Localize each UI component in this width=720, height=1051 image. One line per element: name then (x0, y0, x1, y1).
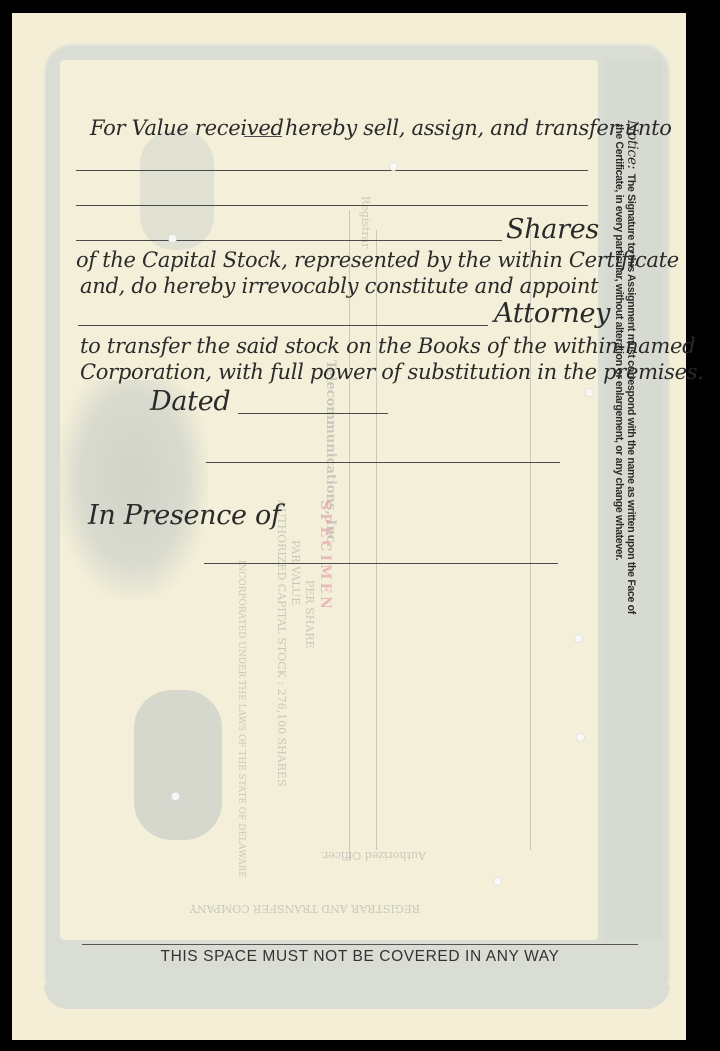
in-presence-of-label: In Presence of (88, 500, 281, 531)
shares-count-line[interactable] (76, 240, 502, 241)
vignette-frame-bottom (134, 690, 222, 840)
attorney-label: Attorney (494, 298, 610, 329)
dated-label: Dated (150, 386, 230, 417)
date-line[interactable] (238, 413, 388, 414)
shares-label: Shares (506, 214, 599, 245)
notice-line-2: the Certificate, in every particular, wi… (613, 120, 625, 640)
ghost-divider (349, 210, 350, 860)
punch-hole (171, 792, 180, 801)
witness-line[interactable] (204, 563, 558, 564)
signature-line[interactable] (206, 462, 560, 463)
punch-hole (168, 234, 177, 243)
punch-hole (585, 388, 594, 397)
punch-hole (493, 877, 502, 886)
notice-text-1: The Signature to this Assignment must co… (625, 174, 637, 614)
notice-label: Notice: (624, 120, 640, 169)
ghost-authorized-officer: Authorized Officer. (321, 849, 426, 862)
ghost-par-value: PAR VALUE (289, 540, 302, 605)
appoint-text: and, do hereby irrevocably constitute an… (80, 274, 598, 298)
decorative-border-bottom (44, 985, 670, 1009)
signature-notice: Notice: The Signature to this Assignment… (613, 120, 638, 640)
ghost-per-share: PER SHARE (303, 580, 316, 649)
attorney-name-line[interactable] (78, 325, 488, 326)
notice-text-2: the Certificate, in every particular, wi… (613, 124, 625, 560)
capital-stock-text: of the Capital Stock, represented by the… (76, 248, 679, 272)
ghost-incorporated: INCORPORATED UNDER THE LAWS OF THE STATE… (236, 560, 246, 878)
ghost-divider (376, 230, 377, 850)
specimen-stamp: SPECIMEN (317, 500, 333, 612)
corporation-substitution-text: Corporation, with full power of substitu… (80, 360, 704, 384)
vignette-frame-top (140, 130, 214, 250)
punch-hole (389, 162, 398, 171)
punch-hole (574, 634, 583, 643)
value-blank-line[interactable] (244, 136, 282, 137)
transfer-books-text: to transfer the said stock on the Books … (80, 334, 695, 358)
do-not-cover-warning: THIS SPACE MUST NOT BE COVERED IN ANY WA… (82, 948, 638, 966)
ghost-transfer-agent: REGISTRAR AND TRANSFER COMPANY (190, 902, 420, 915)
footer-divider (82, 944, 638, 945)
assignee-line-1[interactable] (76, 170, 588, 171)
notice-line-1: Notice: The Signature to this Assignment… (625, 120, 638, 640)
ghost-authorized-capital: AUTHORIZED CAPITAL STOCK : 276,100 SHARE… (275, 500, 288, 787)
assignee-line-2[interactable] (76, 205, 588, 206)
punch-hole (576, 733, 585, 742)
